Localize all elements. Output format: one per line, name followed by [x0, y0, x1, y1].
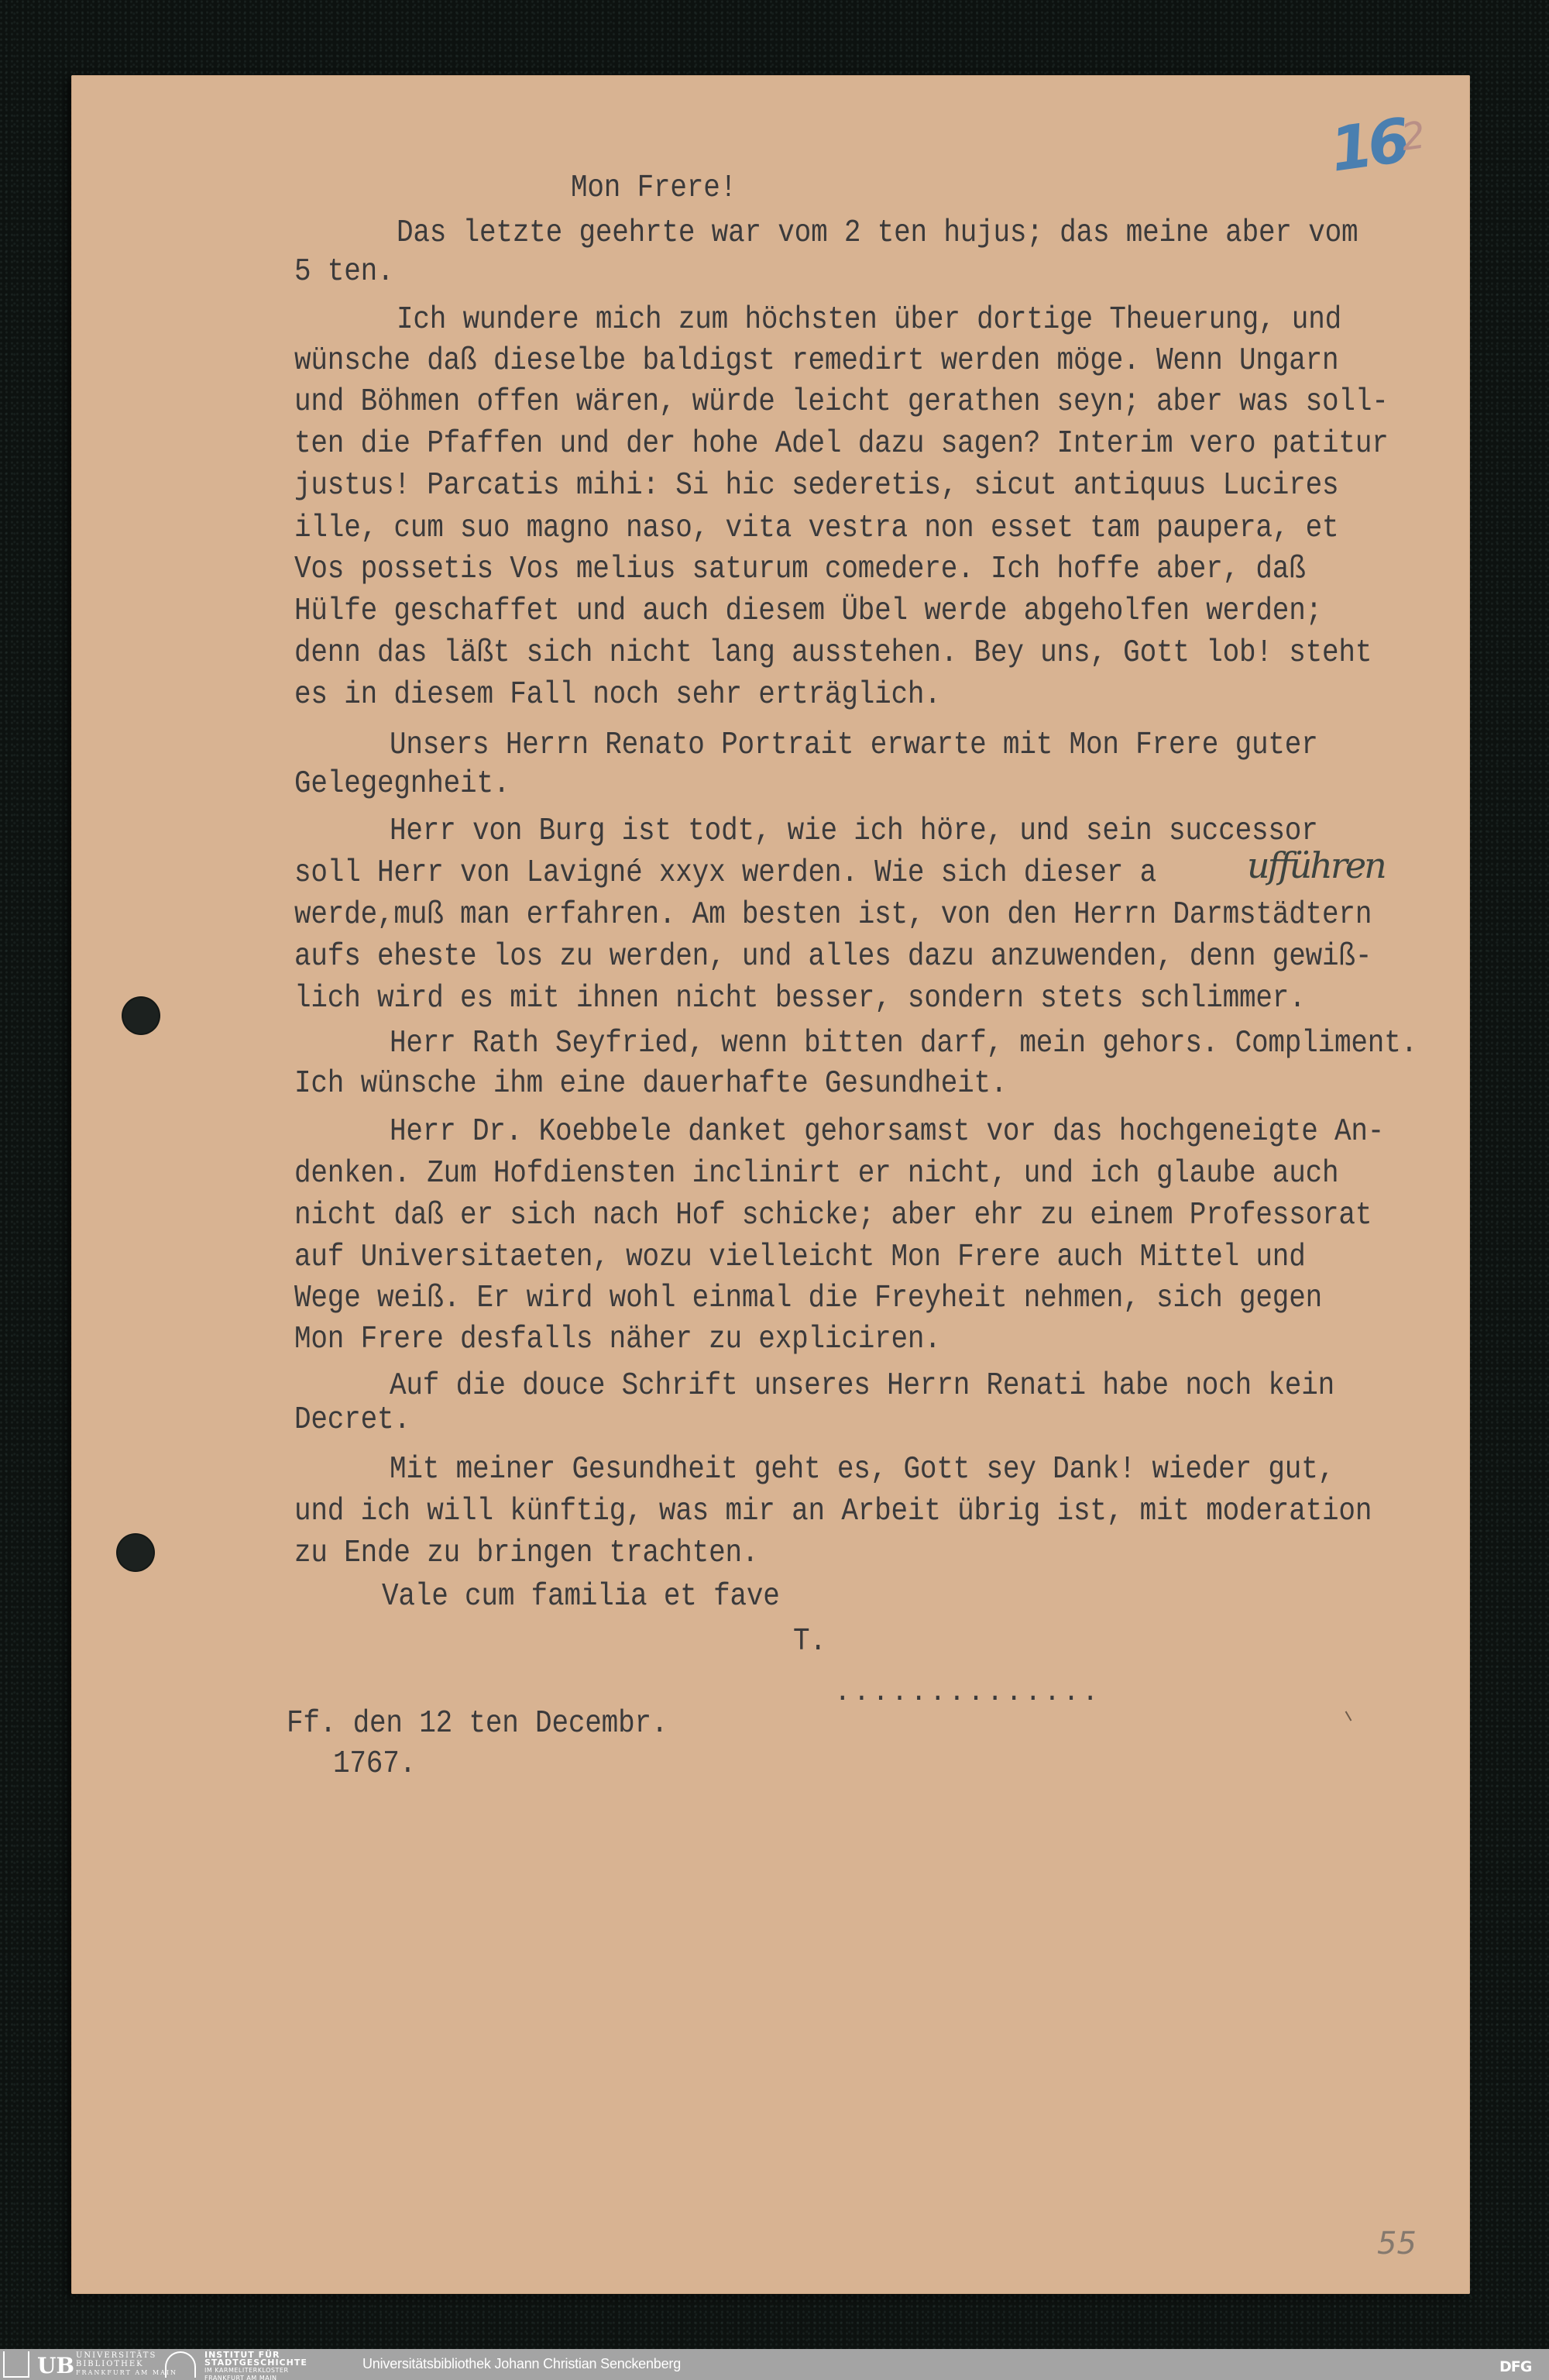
text-line: werde,muß man erfahren. Am besten ist, v… — [294, 897, 1372, 933]
text-line: lich wird es mit ihnen nicht besser, son… — [294, 981, 1306, 1016]
text-line: Ich wünsche ihm eine dauerhafte Gesundhe… — [294, 1066, 1007, 1102]
text-line: Herr von Burg ist todt, wie ich höre, un… — [390, 813, 1318, 849]
text-line: Auf die douce Schrift unseres Herrn Rena… — [390, 1368, 1334, 1404]
text-line: ille, cum suo magno naso, vita vestra no… — [294, 511, 1338, 546]
ub-line-2: BIBLIOTHEK — [76, 2360, 177, 2368]
folio-number: 162 — [1326, 104, 1425, 185]
ub-line-3: FRANKFURT AM MAIN — [76, 2368, 177, 2377]
text-line: Das letzte geehrte war vom 2 ten hujus; … — [397, 215, 1358, 251]
text-line: Wege weiß. Er wird wohl einmal die Freyh… — [294, 1281, 1322, 1316]
signature-initial: T. — [793, 1624, 826, 1659]
text-line: Ich wundere mich zum höchsten über dorti… — [397, 302, 1341, 338]
isg-arch-icon[interactable] — [165, 2351, 196, 2378]
text-line: auf Universitaeten, wozu vielleicht Mon … — [294, 1240, 1306, 1275]
text-line: es in diesem Fall noch sehr erträglich. — [294, 677, 941, 713]
folio-number-main: 16 — [1326, 106, 1410, 186]
closing-line: Vale cum familia et fave — [382, 1579, 780, 1615]
text-line: Mit meiner Gesundheit geht es, Gott sey … — [390, 1452, 1334, 1487]
ub-text: UNIVERSITÄTS BIBLIOTHEK FRANKFURT AM MAI… — [76, 2351, 177, 2377]
punch-hole — [118, 1535, 153, 1570]
text-line: und Böhmen offen wären, würde leicht ger… — [294, 384, 1389, 420]
isg-line-4: FRANKFURT AM MAIN — [204, 2375, 307, 2380]
text-line: aufs eheste los zu werden, und alles daz… — [294, 939, 1372, 975]
isg-line-2: STADTGESCHICHTE — [204, 2359, 307, 2367]
isg-line-3: IM KARMELITERKLOSTER — [204, 2367, 307, 2375]
text-line: denken. Zum Hofdiensten inclinirt er nic… — [294, 1156, 1338, 1192]
ub-portrait-icon — [3, 2351, 29, 2378]
isg-text: INSTITUT FÜR STADTGESCHICHTE IM KARMELIT… — [204, 2351, 307, 2380]
text-line: Decret. — [294, 1402, 410, 1438]
footer-title: Universitätsbibliothek Johann Christian … — [362, 2356, 681, 2372]
salutation: Mon Frere! — [571, 170, 737, 206]
text-line: Gelegegnheit. — [294, 766, 510, 802]
text-line: justus! Parcatis mihi: Si hic sederetis,… — [294, 468, 1338, 504]
ub-line-1: UNIVERSITÄTS — [76, 2351, 177, 2360]
text-line: Herr Rath Seyfried, wenn bitten darf, me… — [390, 1026, 1417, 1061]
year: 1767. — [333, 1746, 416, 1782]
handwritten-correction: ufführen — [1247, 844, 1385, 886]
signature-dots: .............. — [834, 1677, 1101, 1708]
text-line: ten die Pfaffen und der hohe Adel dazu s… — [294, 426, 1389, 462]
text-line: 5 ten. — [294, 254, 393, 290]
place-date: Ff. den 12 ten Decembr. — [287, 1706, 668, 1742]
pencil-note: 55 — [1377, 2226, 1417, 2261]
text-line: Vos possetis Vos melius saturum comedere… — [294, 552, 1306, 587]
text-line: Herr Dr. Koebbele danket gehorsamst vor … — [390, 1114, 1384, 1150]
footer-bar: UB UNIVERSITÄTS BIBLIOTHEK FRANKFURT AM … — [0, 2349, 1549, 2380]
text-line: wünsche daß dieselbe baldigst remedirt w… — [294, 343, 1338, 379]
text-line: Mon Frere desfalls näher zu expliciren. — [294, 1322, 941, 1357]
text-line: Unsers Herrn Renato Portrait erwarte mit… — [390, 727, 1318, 763]
text-line: Hülfe geschaffet und auch diesem Übel we… — [294, 593, 1322, 629]
text-line: nicht daß er sich nach Hof schicke; aber… — [294, 1198, 1372, 1233]
text-line: denn das läßt sich nicht lang ausstehen.… — [294, 635, 1372, 671]
ub-letters: UB — [37, 2353, 74, 2378]
punch-hole — [123, 998, 159, 1034]
text-line: und ich will künftig, was mir an Arbeit … — [294, 1494, 1372, 1529]
dfg-logo[interactable]: DFG — [1499, 2358, 1531, 2375]
text-line: zu Ende zu bringen trachten. — [294, 1536, 758, 1571]
text-line: soll Herr von Lavigné xxyx werden. Wie s… — [294, 855, 1156, 891]
